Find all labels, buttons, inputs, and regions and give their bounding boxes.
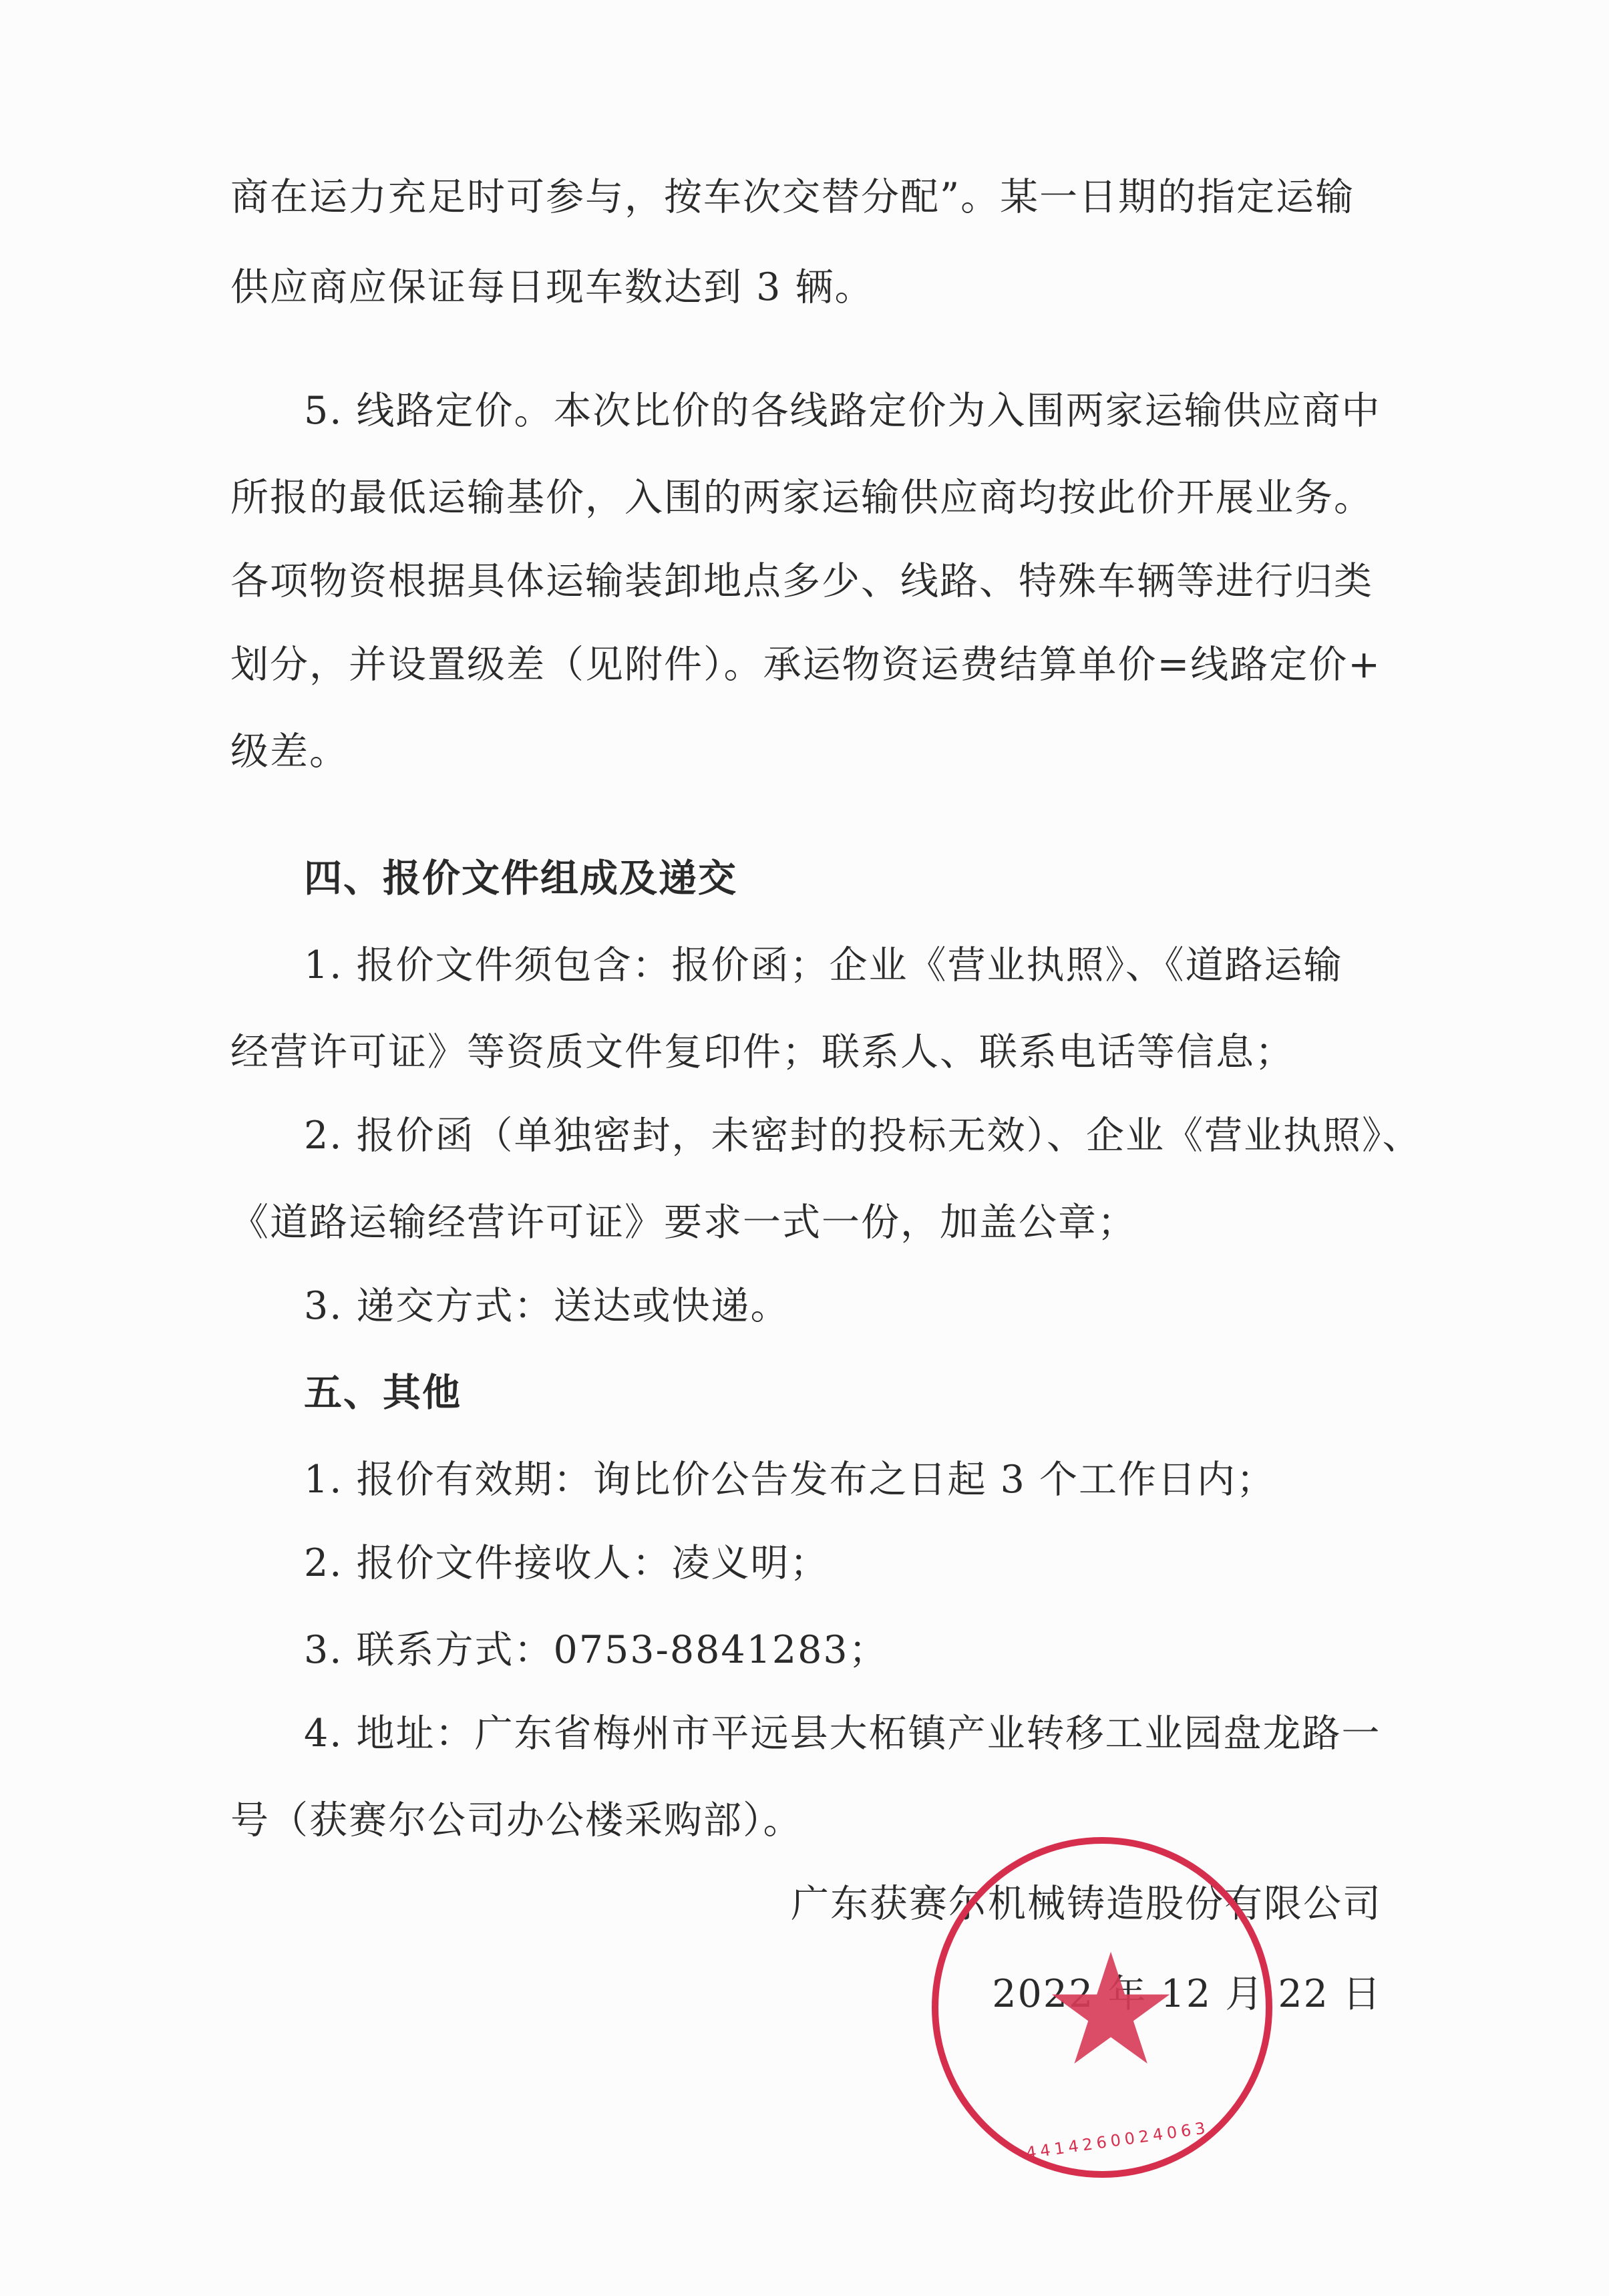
text-line: 2. 报价文件接收人：凌义明； — [304, 1536, 830, 1590]
star-icon: ★ — [1042, 1934, 1180, 2088]
text-line: 级差。 — [230, 725, 349, 778]
text-line: 供应商应保证每日现车数达到 3 辆。 — [230, 261, 874, 314]
text-line: 5. 线路定价。本次比价的各线路定价为入围两家运输供应商中 — [304, 384, 1381, 438]
text-line: 划分，并设置级差（见附件）。承运物资运费结算单价=线路定价+ — [230, 638, 1381, 691]
text-line: 3. 联系方式：0753-8841283； — [304, 1623, 888, 1677]
text-line: 1. 报价文件须包含：报价函；企业《营业执照》、《道路运输 — [304, 939, 1343, 992]
text-line: 所报的最低运输基价，入围的两家运输供应商均按此价开展业务。 — [230, 471, 1373, 524]
text-line: 商在运力充足时可参与，按车次交替分配”。某一日期的指定运输 — [230, 170, 1355, 224]
text-line: 《道路运输经营许可证》要求一式一份，加盖公章； — [230, 1196, 1137, 1249]
company-seal: ★ 4414260024063 — [932, 1837, 1272, 2178]
text-line: 各项物资根据具体运输装卸地点多少、线路、特殊车辆等进行归类 — [230, 554, 1373, 608]
text-line: 3. 递交方式：送达或快递。 — [304, 1279, 790, 1333]
text-line: 经营许可证》等资质文件复印件；联系人、联系电话等信息； — [230, 1025, 1294, 1079]
section-heading: 四、报价文件组成及递交 — [304, 852, 737, 905]
section-heading: 五、其他 — [304, 1366, 462, 1420]
text-line: 1. 报价有效期：询比价公告发布之日起 3 个工作日内； — [304, 1453, 1276, 1506]
text-line: 2. 报价函（单独密封，未密封的投标无效）、企业《营业执照》、 — [304, 1109, 1422, 1162]
seal-number: 4414260024063 — [1025, 2118, 1210, 2162]
document-page: 商在运力充足时可参与，按车次交替分配”。某一日期的指定运输 供应商应保证每日现车… — [0, 0, 1609, 2296]
text-line: 号（获赛尔公司办公楼采购部）。 — [230, 1794, 803, 1847]
text-line: 4. 地址：广东省梅州市平远县大柘镇产业转移工业园盘龙路一 — [304, 1707, 1381, 1760]
